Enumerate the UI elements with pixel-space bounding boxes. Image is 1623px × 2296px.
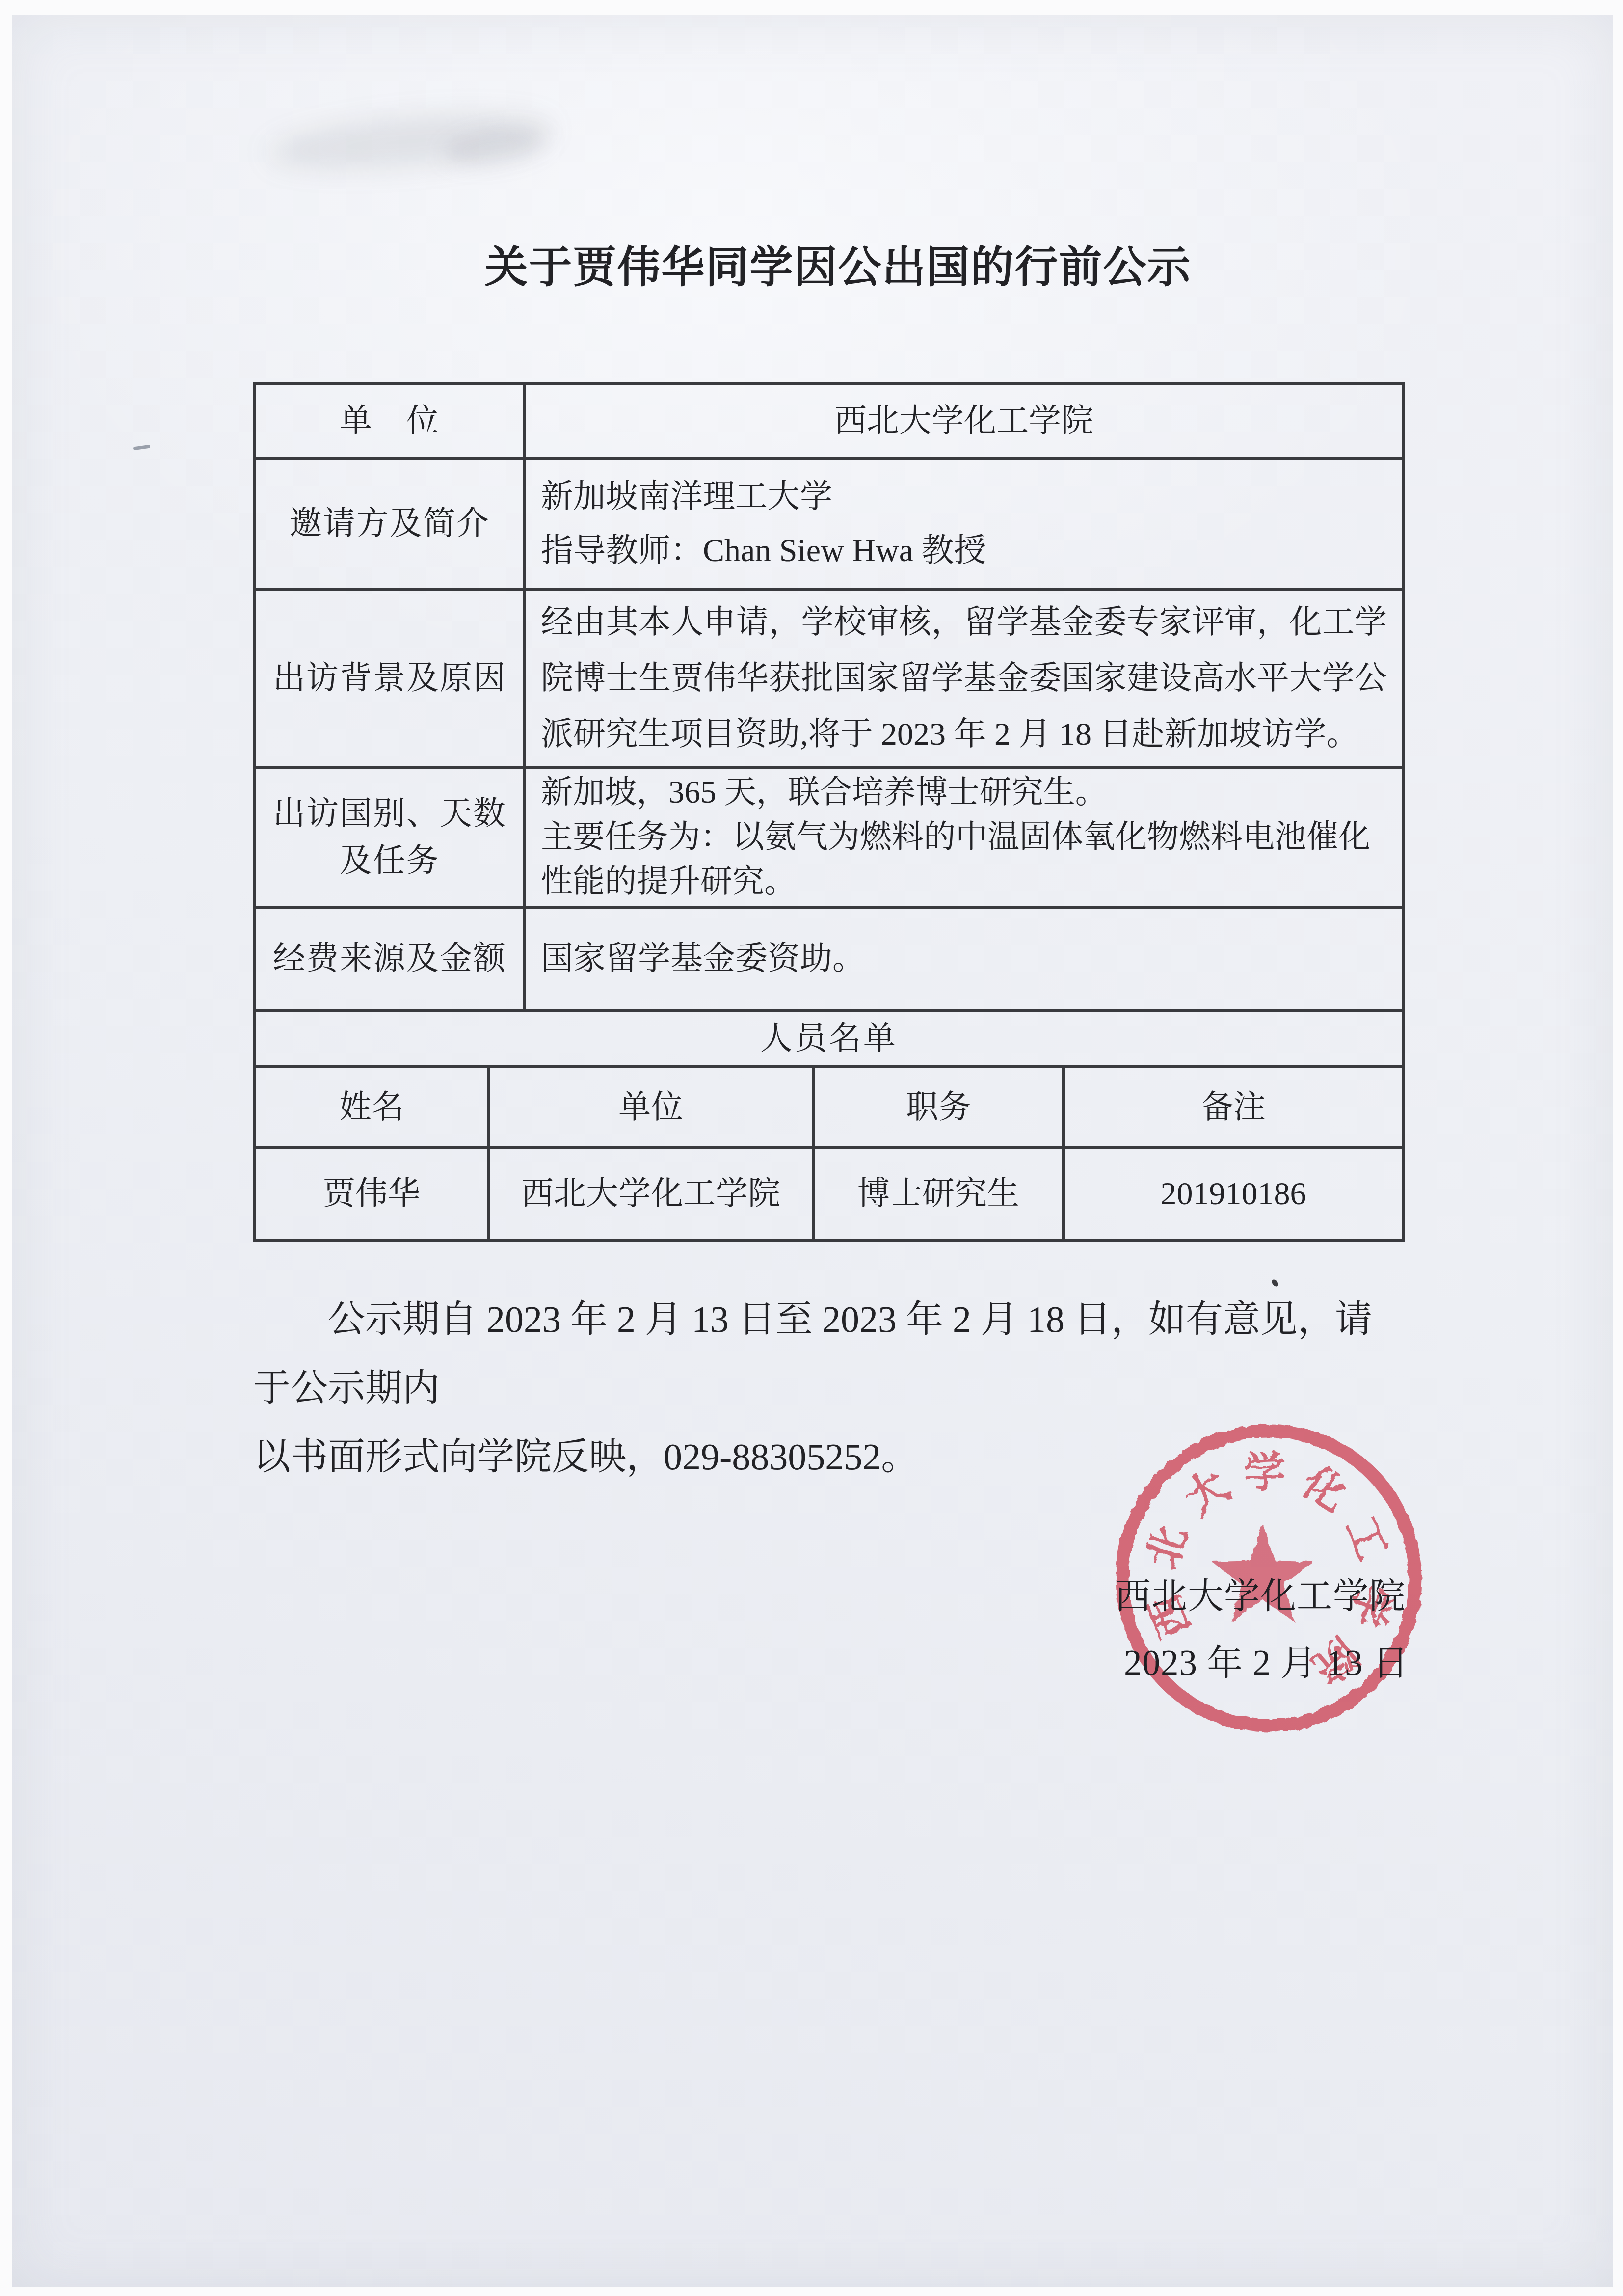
cell-line: 新加坡南洋理工大学 — [541, 470, 1387, 524]
row-label-text: 单 位 — [340, 398, 440, 445]
seal-char: 北 — [1139, 1520, 1197, 1574]
table-row-inviter: 邀请方及简介 新加坡南洋理工大学 指导教师：Chan Siew Hwa 教授 — [256, 460, 1402, 591]
seal-char: 学 — [1243, 1449, 1286, 1497]
person-table-header-row: 姓名 单位 职务 备注 — [256, 1068, 1402, 1149]
person-table-data-row: 贾伟华 西北大学化工学院 博士研究生 201910186 — [256, 1149, 1402, 1239]
row-label-text: 及任务 — [340, 837, 440, 885]
person-remark: 201910186 — [1065, 1149, 1402, 1239]
row-value-inviter: 新加坡南洋理工大学 指导教师：Chan Siew Hwa 教授 — [526, 460, 1402, 588]
table-section-header-row: 人员名单 — [256, 1012, 1402, 1068]
person-position: 博士研究生 — [815, 1149, 1065, 1239]
seal-char: 工 — [1336, 1510, 1396, 1567]
row-label-text: 邀请方及简介 — [290, 500, 490, 547]
row-label-text: 出访背景及原因 — [273, 655, 506, 702]
table-row-funding: 经费来源及金额 国家留学基金委资助。 — [256, 909, 1402, 1012]
cell-line: 新加坡，365 天，联合培养博士研究生。 — [541, 770, 1387, 815]
page-title: 关于贾伟华同学因公出国的行前公示 — [27, 233, 1623, 295]
cell-line: 指导教师：Chan Siew Hwa 教授 — [541, 524, 1387, 578]
row-label-destination: 出访国别、天数 及任务 — [256, 769, 526, 906]
table-row-background: 出访背景及原因 经由其本人申请，学校审核，留学基金委专家评审，化工学院博士生贾伟… — [256, 591, 1402, 769]
row-value-unit: 西北大学化工学院 — [526, 385, 1402, 457]
cell-line: 西北大学化工学院 — [834, 398, 1093, 445]
row-label-text: 出访国别、天数 — [273, 790, 506, 837]
column-header-unit: 单位 — [490, 1068, 815, 1146]
row-value-background: 经由其本人申请，学校审核，留学基金委专家评审，化工学院博士生贾伟华获批国家留学基… — [526, 591, 1402, 766]
row-label-unit: 单 位 — [256, 385, 526, 457]
table-row-destination: 出访国别、天数 及任务 新加坡，365 天，联合培养博士研究生。 主要任务为：以… — [256, 769, 1402, 909]
scanned-document-page: 关于贾伟华同学因公出国的行前公示 单 位 西北大学化工学院 邀请方及简介 新加坡… — [0, 0, 1623, 2296]
column-header-remark: 备注 — [1065, 1068, 1402, 1146]
seal-char: 大 — [1176, 1461, 1238, 1524]
cell-line: 经由其本人申请，学校审核，留学基金委专家评审，化工学院博士生贾伟华获批国家留学基… — [541, 594, 1387, 762]
info-table: 单 位 西北大学化工学院 邀请方及简介 新加坡南洋理工大学 指导教师：Chan … — [253, 382, 1405, 1242]
signature-date: 2023 年 2 月 13 日 — [1124, 1634, 1409, 1685]
column-header-position: 职务 — [815, 1068, 1065, 1146]
person-unit: 西北大学化工学院 — [490, 1149, 815, 1239]
signature-organization: 西北大学化工学院 — [1115, 1567, 1406, 1619]
cell-line: 主要任务为：以氨气为燃料的中温固体氧化物燃料电池催化性能的提升研究。 — [541, 815, 1387, 904]
table-row-unit: 单 位 西北大学化工学院 — [256, 385, 1402, 460]
person-name: 贾伟华 — [256, 1149, 490, 1239]
cell-line: 国家留学基金委资助。 — [541, 935, 1387, 982]
row-label-funding: 经费来源及金额 — [256, 909, 526, 1009]
row-label-background: 出访背景及原因 — [256, 591, 526, 766]
row-value-funding: 国家留学基金委资助。 — [526, 909, 1402, 1009]
row-value-destination: 新加坡，365 天，联合培养博士研究生。 主要任务为：以氨气为燃料的中温固体氧化… — [526, 769, 1402, 906]
row-label-inviter: 邀请方及简介 — [256, 460, 526, 588]
section-header-personnel: 人员名单 — [256, 1012, 1402, 1065]
notice-line: 公示期自 2023 年 2 月 13 日至 2023 年 2 月 18 日，如有… — [253, 1285, 1407, 1423]
seal-char: 化 — [1294, 1458, 1355, 1520]
row-label-text: 经费来源及金额 — [273, 935, 506, 982]
column-header-name: 姓名 — [256, 1068, 490, 1146]
